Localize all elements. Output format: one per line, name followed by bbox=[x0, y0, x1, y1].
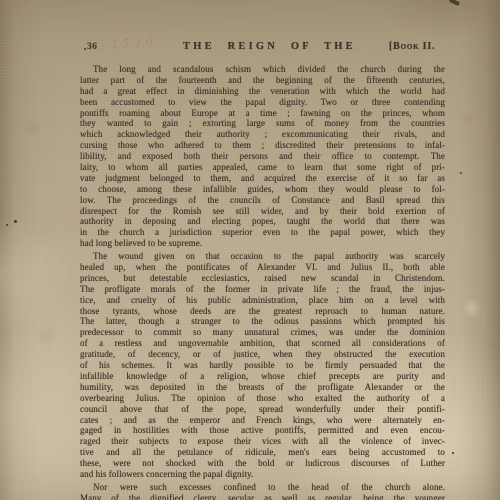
text-line: laity, to whom all parties appealed, cam… bbox=[80, 162, 445, 173]
text-line: of a restless and ungovernable ambition,… bbox=[80, 338, 445, 349]
text-line: gaged in hostilities with those active p… bbox=[80, 425, 445, 436]
text-line: to choose, among these infallible guides… bbox=[80, 184, 445, 195]
text-line: been accustomed to view the papal dignit… bbox=[80, 97, 445, 108]
text-line: predecessor to commit so many unnatural … bbox=[80, 327, 445, 338]
paragraph: The wound given on that occasion to the … bbox=[80, 251, 445, 480]
text-line: Many of the dignified clergy, secular as… bbox=[80, 493, 445, 500]
text-line: council above that of the pope, spread w… bbox=[80, 404, 445, 415]
text-line: and his followers concerning the papal d… bbox=[80, 469, 445, 480]
text-line: The latter, though a stranger to the odi… bbox=[80, 316, 445, 327]
text-line: princes, but detestable ecclesiastics, r… bbox=[80, 273, 445, 284]
text-line: pontiffs roaming about Europe at a time … bbox=[80, 108, 445, 119]
ink-speck bbox=[6, 224, 8, 226]
text-line: had a great effect in diminishing the ve… bbox=[80, 86, 445, 97]
text-line: The profligate morals of the former in p… bbox=[80, 284, 445, 295]
foxing-stain bbox=[22, 120, 44, 136]
text-line: raged their subjects to expose their vic… bbox=[80, 436, 445, 447]
text-line: which acknowledged their authority ; exc… bbox=[80, 129, 445, 140]
paragraph: The long and scandalous schism which div… bbox=[80, 64, 445, 249]
text-line: healed up, when the pontificates of Alex… bbox=[80, 262, 445, 273]
text-line: authority in deposing and electing popes… bbox=[80, 216, 445, 227]
page-number: 36 bbox=[87, 42, 98, 52]
text-line: humility, was deposited in the breasts o… bbox=[80, 382, 445, 393]
text-line: of his schemes. It was hardly possible t… bbox=[80, 360, 445, 371]
ink-speck bbox=[460, 172, 462, 174]
text-line: libility, and exposed both their persons… bbox=[80, 151, 445, 162]
text-line: gratitude, of decency, or of justice, wh… bbox=[80, 349, 445, 360]
paragraph: Nor were such excesses confined to the h… bbox=[80, 482, 445, 500]
text-line: vate judgment belonged to them, and acqu… bbox=[80, 173, 445, 184]
text-line: infallible knowledge of a religion, whos… bbox=[80, 371, 445, 382]
corner-ink-mark bbox=[449, 0, 460, 6]
text-line: tive and all the petulance of ridicule, … bbox=[80, 447, 445, 458]
text-line: tice, and cruelty of his public administ… bbox=[80, 295, 445, 306]
text-line: in the church a jurisdiction superior ev… bbox=[80, 227, 445, 238]
text-line: they wanted to gain ; extorting large su… bbox=[80, 118, 445, 129]
ink-speck bbox=[14, 220, 17, 223]
text-line: latter part of the fourteenth and the be… bbox=[80, 75, 445, 86]
text-line: those tyrants, whose deeds are the great… bbox=[80, 306, 445, 317]
running-title: THE REIGN OF THE bbox=[183, 41, 356, 52]
text-line: overbearing Julius. The opinion of those… bbox=[80, 393, 445, 404]
text-line: had long believed to be supreme. bbox=[80, 238, 445, 249]
foxing-stain bbox=[34, 326, 60, 346]
text-line: low. The proceedings of the councils of … bbox=[80, 195, 445, 206]
text-line: The long and scandalous schism which div… bbox=[80, 64, 445, 75]
foxing-stain bbox=[464, 296, 480, 320]
text-line: Nor were such excesses confined to the h… bbox=[80, 482, 445, 493]
text-line: cursing those who adhered to them ; disc… bbox=[80, 140, 445, 151]
ink-speck bbox=[452, 452, 454, 454]
foxing-stain bbox=[458, 112, 476, 126]
handwritten-inscription: 1520 bbox=[111, 34, 158, 52]
text-line: disrespect for the Romish see still wide… bbox=[80, 206, 445, 217]
book-label: [Book II. bbox=[389, 41, 435, 52]
text-line: these, were not shocked with the bold or… bbox=[80, 458, 445, 469]
text-block: The long and scandalous schism which div… bbox=[80, 64, 445, 500]
ink-speck bbox=[84, 48, 86, 50]
text-line: cates ; and as the emperor and French ki… bbox=[80, 415, 445, 426]
book-page: 36 1520 THE REIGN OF THE [Book II. The l… bbox=[0, 0, 500, 500]
text-line: The wound given on that occasion to the … bbox=[80, 251, 445, 262]
